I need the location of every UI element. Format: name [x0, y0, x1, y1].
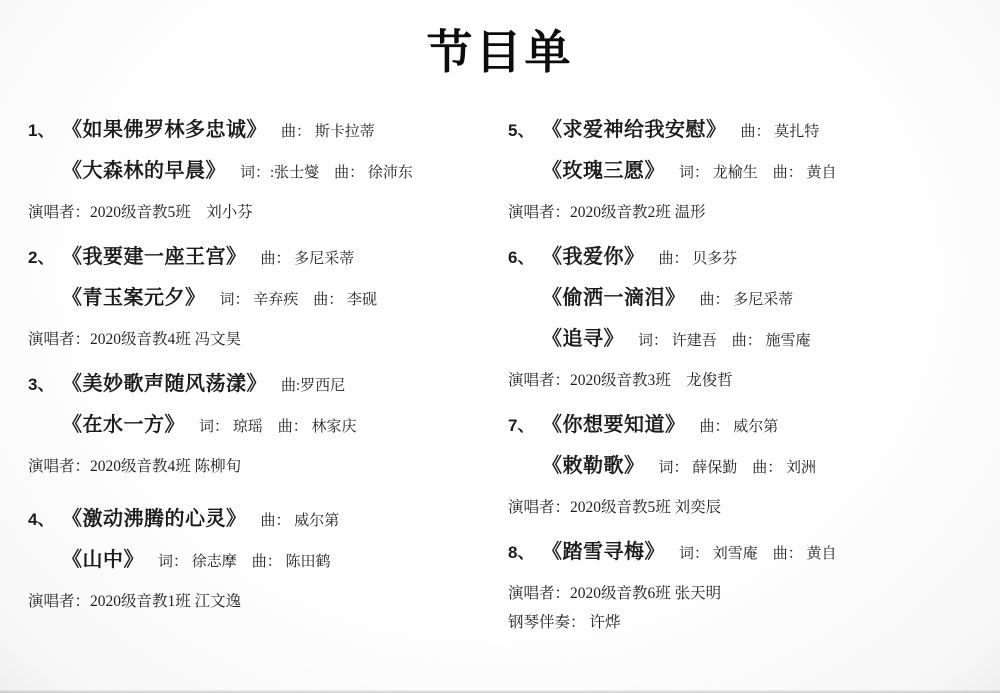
- song-line: 7、 《你想要知道》 曲： 威尔第: [508, 405, 973, 446]
- song-line: 1、 《如果佛罗林多忠诚》 曲： 斯卡拉蒂: [28, 110, 483, 151]
- program-page: 节目单 1、 《如果佛罗林多忠诚》 曲： 斯卡拉蒂 《大森林的早晨》 词：:张士…: [0, 0, 1000, 693]
- song-title: 《我爱你》: [542, 237, 645, 278]
- song-line: 《青玉案元夕》 词： 辛弃疾 曲： 李砚: [28, 278, 483, 319]
- song-title: 《偷洒一滴泪》: [542, 278, 686, 319]
- song-line: 8、 《踏雪寻梅》 词： 刘雪庵 曲： 黄自: [508, 532, 973, 573]
- performer-line: 演唱者：2020级音教5班 刘小芬: [28, 192, 483, 233]
- song-credits: 词： 徐志摩 曲： 陈田鹤: [158, 542, 331, 583]
- song-title: 《我要建一座王宫》: [62, 237, 247, 278]
- program-item-7: 7、 《你想要知道》 曲： 威尔第 《敕勒歌》 词： 薛保勤 曲： 刘洲 演唱者…: [508, 405, 973, 528]
- song-credits: 词： 薛保勤 曲： 刘洲: [659, 448, 817, 489]
- song-credits: 曲： 威尔第: [700, 407, 779, 448]
- song-line: 《敕勒歌》 词： 薛保勤 曲： 刘洲: [508, 446, 973, 487]
- song-credits: 曲： 斯卡拉蒂: [281, 112, 375, 153]
- item-number: 5、: [508, 110, 542, 151]
- song-line: 5、 《求爱神给我安慰》 曲： 莫扎特: [508, 110, 973, 151]
- song-credits: 词： 许建吾 曲： 施雪庵: [638, 321, 811, 362]
- song-title: 《敕勒歌》: [542, 446, 645, 487]
- song-credits: 曲:罗西尼: [281, 366, 345, 407]
- piano-accompanist-line: 钢琴伴奏： 许烨: [508, 614, 973, 638]
- song-credits: 词： 琼瑶 曲： 林家庆: [199, 407, 357, 448]
- program-item-3: 3、 《美妙歌声随风荡漾》 曲:罗西尼 《在水一方》 词： 琼瑶 曲： 林家庆 …: [28, 364, 483, 487]
- performer-line: 演唱者：2020级音教1班 江文逸: [28, 581, 483, 622]
- performer-line: 演唱者：2020级音教2班 温形: [508, 192, 973, 233]
- song-title: 《山中》: [62, 540, 144, 581]
- performer-line: 演唱者：2020级音教6班 张天明: [508, 573, 973, 614]
- song-title: 《美妙歌声随风荡漾》: [62, 364, 267, 405]
- song-line: 3、 《美妙歌声随风荡漾》 曲:罗西尼: [28, 364, 483, 405]
- program-item-8: 8、 《踏雪寻梅》 词： 刘雪庵 曲： 黄自 演唱者：2020级音教6班 张天明…: [508, 532, 973, 638]
- song-credits: 词：:张士燮 曲： 徐沛东: [240, 153, 413, 194]
- song-credits: 词： 刘雪庵 曲： 黄自: [679, 534, 837, 575]
- song-credits: 词： 辛弃疾 曲： 李砚: [220, 280, 378, 321]
- song-line: 《追寻》 词： 许建吾 曲： 施雪庵: [508, 319, 973, 360]
- song-line: 《大森林的早晨》 词：:张士燮 曲： 徐沛东: [28, 151, 483, 192]
- song-credits: 词： 龙榆生 曲： 黄自: [679, 153, 837, 194]
- song-line: 《玫瑰三愿》 词： 龙榆生 曲： 黄自: [508, 151, 973, 192]
- song-credits: 曲： 莫扎特: [741, 112, 820, 153]
- song-title: 《你想要知道》: [542, 405, 686, 446]
- song-line: 4、 《激动沸腾的心灵》 曲： 威尔第: [28, 499, 483, 540]
- song-title: 《求爱神给我安慰》: [542, 110, 727, 151]
- program-item-1: 1、 《如果佛罗林多忠诚》 曲： 斯卡拉蒂 《大森林的早晨》 词：:张士燮 曲：…: [28, 110, 483, 233]
- song-title: 《踏雪寻梅》: [542, 532, 665, 573]
- program-column-left: 1、 《如果佛罗林多忠诚》 曲： 斯卡拉蒂 《大森林的早晨》 词：:张士燮 曲：…: [28, 110, 483, 626]
- item-number: 8、: [508, 532, 542, 573]
- item-number: 3、: [28, 364, 62, 405]
- program-item-2: 2、 《我要建一座王宫》 曲： 多尼采蒂 《青玉案元夕》 词： 辛弃疾 曲： 李…: [28, 237, 483, 360]
- song-credits: 曲： 多尼采蒂: [700, 280, 794, 321]
- song-line: 6、 《我爱你》 曲： 贝多芬: [508, 237, 973, 278]
- song-title: 《在水一方》: [62, 405, 185, 446]
- song-title: 《大森林的早晨》: [62, 151, 226, 192]
- song-line: 《山中》 词： 徐志摩 曲： 陈田鹤: [28, 540, 483, 581]
- item-number: 7、: [508, 405, 542, 446]
- song-title: 《玫瑰三愿》: [542, 151, 665, 192]
- performer-line: 演唱者：2020级音教4班 陈柳旬: [28, 446, 483, 487]
- song-line: 2、 《我要建一座王宫》 曲： 多尼采蒂: [28, 237, 483, 278]
- item-number: 2、: [28, 237, 62, 278]
- song-line: 《偷洒一滴泪》 曲： 多尼采蒂: [508, 278, 973, 319]
- program-item-5: 5、 《求爱神给我安慰》 曲： 莫扎特 《玫瑰三愿》 词： 龙榆生 曲： 黄自 …: [508, 110, 973, 233]
- song-title: 《如果佛罗林多忠诚》: [62, 110, 267, 151]
- song-line: 《在水一方》 词： 琼瑶 曲： 林家庆: [28, 405, 483, 446]
- song-title: 《青玉案元夕》: [62, 278, 206, 319]
- program-item-6: 6、 《我爱你》 曲： 贝多芬 《偷洒一滴泪》 曲： 多尼采蒂 《追寻》 词： …: [508, 237, 973, 401]
- item-number: 4、: [28, 499, 62, 540]
- performer-line: 演唱者：2020级音教5班 刘奕辰: [508, 487, 973, 528]
- song-credits: 曲： 多尼采蒂: [261, 239, 355, 280]
- song-title: 《追寻》: [542, 319, 624, 360]
- song-title: 《激动沸腾的心灵》: [62, 499, 247, 540]
- page-title: 节目单: [0, 16, 1000, 82]
- item-number: 1、: [28, 110, 62, 151]
- performer-line: 演唱者：2020级音教3班 龙俊哲: [508, 360, 973, 401]
- performer-line: 演唱者：2020级音教4班 冯文昊: [28, 319, 483, 360]
- song-credits: 曲： 贝多芬: [659, 239, 738, 280]
- item-number: 6、: [508, 237, 542, 278]
- song-credits: 曲： 威尔第: [261, 501, 340, 542]
- program-item-4: 4、 《激动沸腾的心灵》 曲： 威尔第 《山中》 词： 徐志摩 曲： 陈田鹤 演…: [28, 499, 483, 622]
- program-column-right: 5、 《求爱神给我安慰》 曲： 莫扎特 《玫瑰三愿》 词： 龙榆生 曲： 黄自 …: [508, 110, 973, 642]
